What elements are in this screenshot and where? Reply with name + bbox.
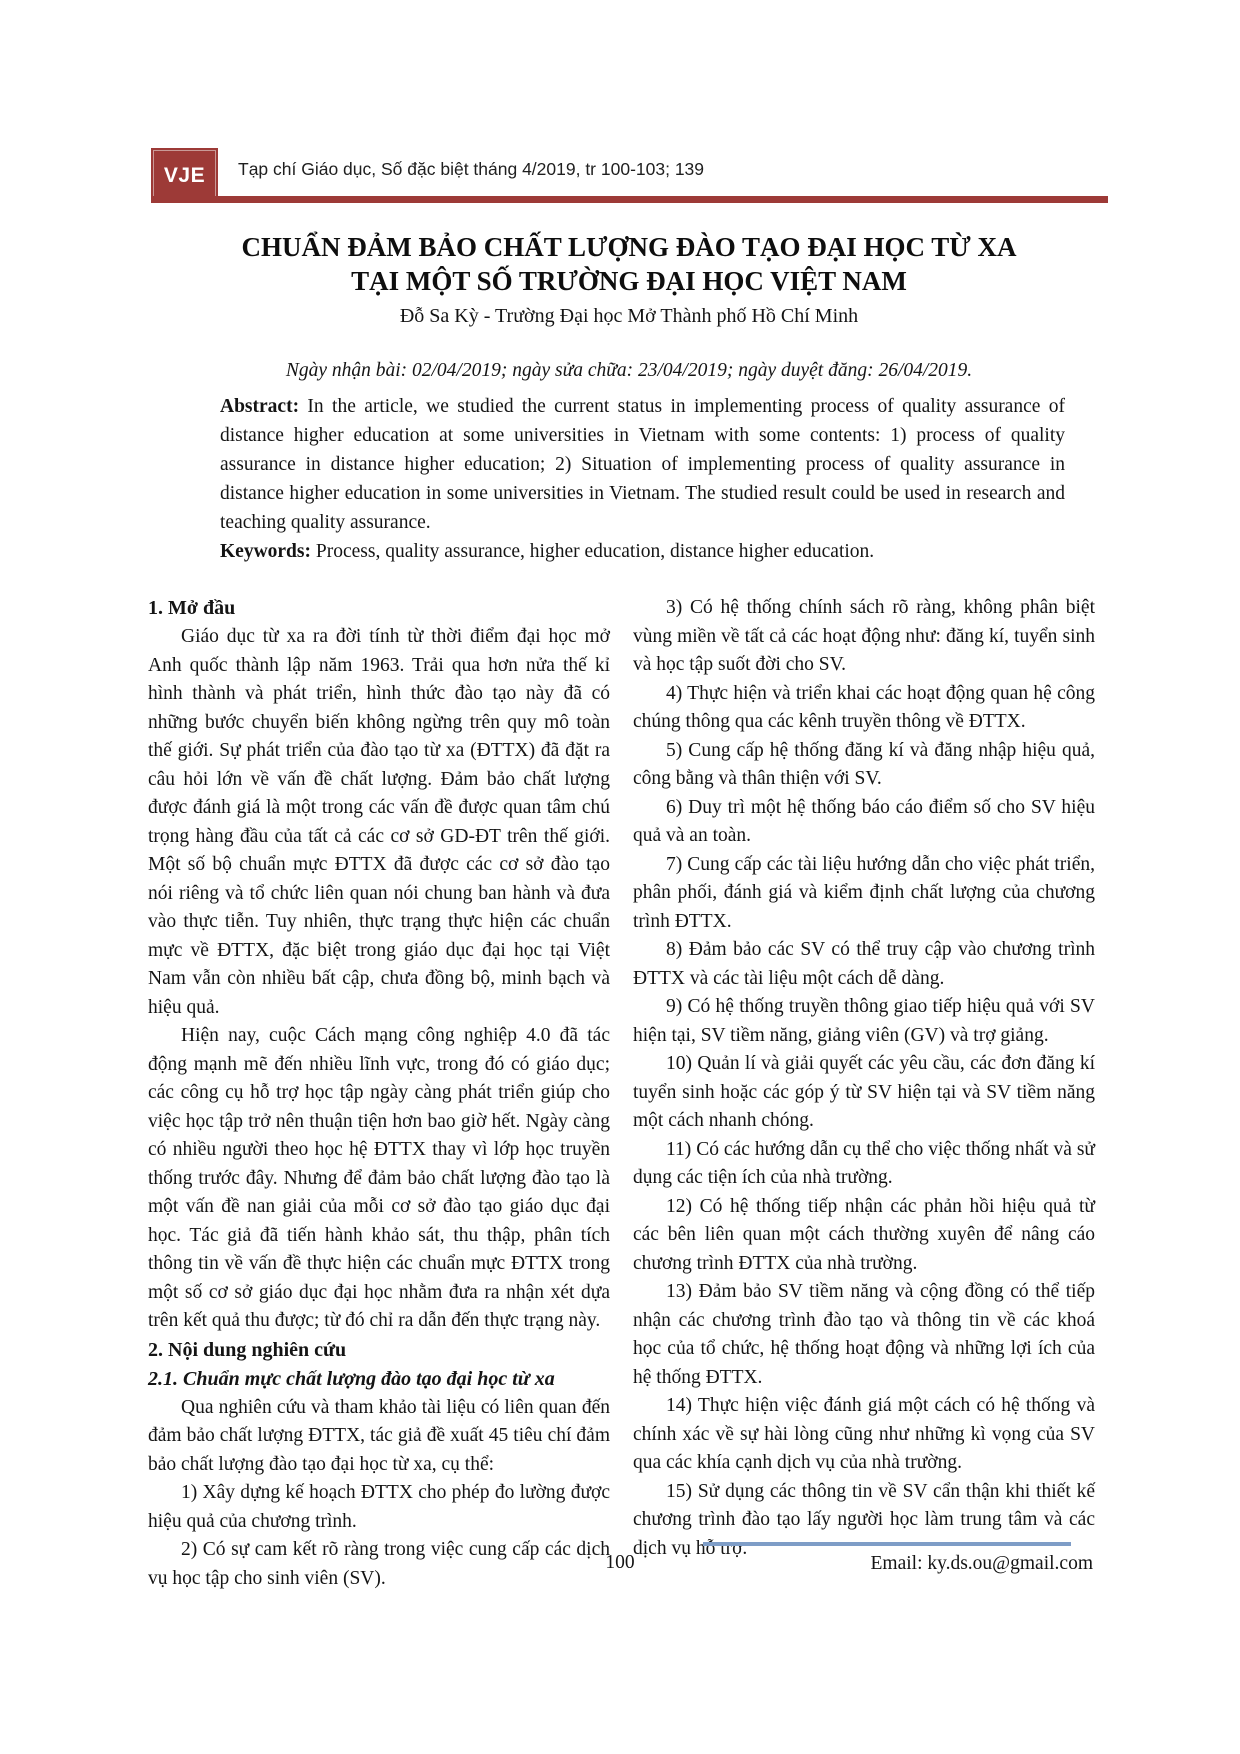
criteria-intro-paragraph: Qua nghiên cứu và tham khảo tài liệu có … — [148, 1394, 610, 1480]
article-title-line1: CHUẨN ĐẢM BẢO CHẤT LƯỢNG ĐÀO TẠO ĐẠI HỌC… — [150, 230, 1108, 264]
keywords-paragraph: Keywords: Process, quality assurance, hi… — [220, 537, 1065, 566]
right-column: 3) Có hệ thống chính sách rõ ràng, không… — [633, 594, 1095, 1593]
subsection-heading-2-1: 2.1. Chuẩn mực chất lượng đào tạo đại họ… — [148, 1365, 610, 1394]
keywords-text: Process, quality assurance, higher educa… — [316, 541, 874, 562]
criteria-item-7: 7) Cung cấp các tài liệu hướng dẫn cho v… — [633, 851, 1095, 937]
abstract-label: Abstract: — [220, 396, 307, 417]
received-dates-line: Ngày nhận bài: 02/04/2019; ngày sửa chữa… — [150, 360, 1108, 382]
abstract-block: Abstract: In the article, we studied the… — [220, 392, 1065, 566]
criteria-item-10: 10) Quản lí và giải quyết các yêu cầu, c… — [633, 1050, 1095, 1136]
criteria-item-11: 11) Có các hướng dẫn cụ thể cho việc thố… — [633, 1136, 1095, 1193]
criteria-item-13: 13) Đảm bảo SV tiềm năng và cộng đồng có… — [633, 1278, 1095, 1392]
criteria-item-14: 14) Thực hiện việc đánh giá một cách có … — [633, 1392, 1095, 1478]
criteria-item-8: 8) Đảm bảo các SV có thể truy cập vào ch… — [633, 936, 1095, 993]
document-page: VJE Tạp chí Giáo dục, Số đặc biệt tháng … — [0, 0, 1240, 1754]
journal-header-text: Tạp chí Giáo dục, Số đặc biệt tháng 4/20… — [238, 159, 704, 180]
criteria-item-12: 12) Có hệ thống tiếp nhận các phản hồi h… — [633, 1193, 1095, 1279]
section-heading-content: 2. Nội dung nghiên cứu — [148, 1336, 610, 1365]
criteria-item-1: 1) Xây dựng kế hoạch ĐTTX cho phép đo lư… — [148, 1479, 610, 1536]
author-line: Đỗ Sa Kỳ - Trường Đại học Mở Thành phố H… — [150, 305, 1108, 328]
email-separator-line — [703, 1542, 1071, 1546]
left-column: 1. Mở đầu Giáo dục từ xa ra đời tính từ … — [148, 594, 610, 1593]
criteria-item-5: 5) Cung cấp hệ thống đăng kí và đăng nhậ… — [633, 737, 1095, 794]
criteria-item-6: 6) Duy trì một hệ thống báo cáo điểm số … — [633, 794, 1095, 851]
section-heading-intro: 1. Mở đầu — [148, 594, 610, 623]
vje-logo: VJE — [151, 148, 218, 203]
criteria-item-9: 9) Có hệ thống truyền thông giao tiếp hi… — [633, 993, 1095, 1050]
criteria-item-4: 4) Thực hiện và triển khai các hoạt động… — [633, 680, 1095, 737]
abstract-text: In the article, we studied the current s… — [220, 396, 1065, 533]
intro-paragraph-2: Hiện nay, cuộc Cách mạng công nghiệp 4.0… — [148, 1022, 610, 1336]
header-rule — [151, 196, 1108, 203]
criteria-item-15: 15) Sử dụng các thông tin về SV cẩn thận… — [633, 1478, 1095, 1564]
article-title: CHUẨN ĐẢM BẢO CHẤT LƯỢNG ĐÀO TẠO ĐẠI HỌC… — [150, 230, 1108, 298]
keywords-label: Keywords: — [220, 541, 316, 562]
criteria-item-3: 3) Có hệ thống chính sách rõ ràng, không… — [633, 594, 1095, 680]
article-title-line2: TẠI MỘT SỐ TRƯỜNG ĐẠI HỌC VIỆT NAM — [150, 264, 1108, 298]
vje-logo-text: VJE — [164, 164, 205, 188]
email-line: Email: ky.ds.ou@gmail.com — [700, 1553, 1093, 1575]
intro-paragraph-1: Giáo dục từ xa ra đời tính từ thời điểm … — [148, 623, 610, 1022]
abstract-paragraph: Abstract: In the article, we studied the… — [220, 392, 1065, 537]
body-columns: 1. Mở đầu Giáo dục từ xa ra đời tính từ … — [148, 594, 1095, 1593]
